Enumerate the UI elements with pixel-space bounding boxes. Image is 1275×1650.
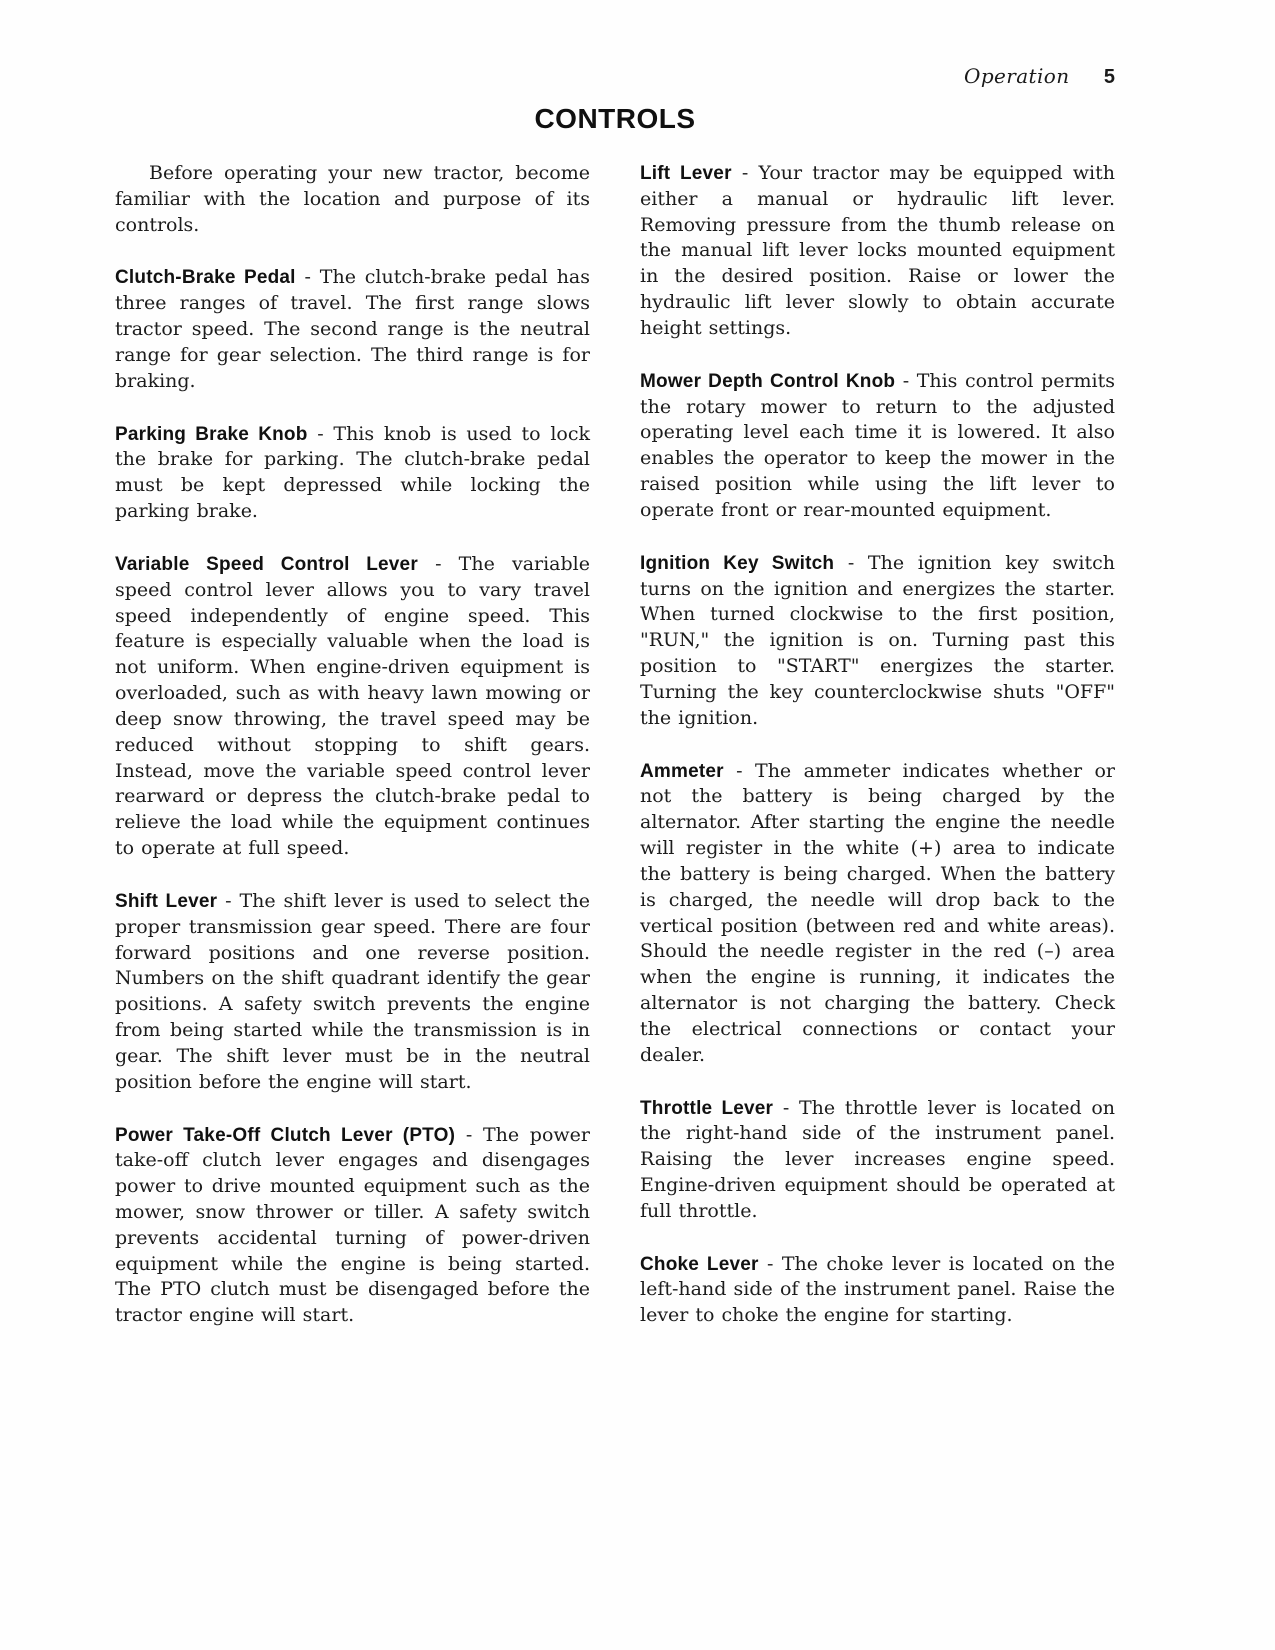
control-entry: Variable Speed Control Lever - The varia… xyxy=(115,552,590,862)
heading-separator: - xyxy=(773,1097,799,1119)
section-name: Operation xyxy=(964,64,1069,88)
entry-body: The variable speed control lever allows … xyxy=(115,553,590,859)
page-title: CONTROLS xyxy=(115,103,1115,135)
entry-heading: Ignition Key Switch xyxy=(640,553,834,574)
entry-body: The power take-off clutch lever engages … xyxy=(115,1124,590,1327)
heading-separator: - xyxy=(455,1124,483,1146)
heading-separator: - xyxy=(834,552,868,574)
entry-body: The ammeter indicates whether or not the… xyxy=(640,760,1115,1066)
entry-heading: Clutch-Brake Pedal xyxy=(115,267,296,288)
control-entry: Mower Depth Control Knob - This control … xyxy=(640,369,1115,524)
heading-separator: - xyxy=(759,1253,782,1275)
entry-body: This control permits the rotary mower to… xyxy=(640,370,1115,521)
entry-heading: Parking Brake Knob xyxy=(115,424,308,445)
control-entry: Clutch-Brake Pedal - The clutch-brake pe… xyxy=(115,265,590,394)
left-column: Before operating your new tractor, becom… xyxy=(115,161,590,1356)
page-number: 5 xyxy=(1104,66,1115,89)
intro-paragraph: Before operating your new tractor, becom… xyxy=(115,161,590,238)
entry-heading: Ammeter xyxy=(640,761,724,782)
entry-heading: Power Take-Off Clutch Lever (PTO) xyxy=(115,1125,455,1146)
entry-heading: Lift Lever xyxy=(640,163,732,184)
control-entry: Ammeter - The ammeter indicates whether … xyxy=(640,759,1115,1069)
control-entry: Choke Lever - The choke lever is located… xyxy=(640,1252,1115,1329)
control-entry: Shift Lever - The shift lever is used to… xyxy=(115,889,590,1096)
heading-separator: - xyxy=(296,266,320,288)
entry-heading: Shift Lever xyxy=(115,891,217,912)
heading-separator: - xyxy=(308,423,334,445)
entry-body: Your tractor may be equipped with either… xyxy=(640,162,1115,339)
entry-heading: Variable Speed Control Lever xyxy=(115,554,418,575)
heading-separator: - xyxy=(732,162,759,184)
manual-page: Operation 5 CONTROLS Before operating yo… xyxy=(0,0,1275,1650)
heading-separator: - xyxy=(217,890,239,912)
entry-body: The ignition key switch turns on the ign… xyxy=(640,552,1115,729)
heading-separator: - xyxy=(724,760,755,782)
control-entry: Throttle Lever - The throttle lever is l… xyxy=(640,1096,1115,1225)
entry-heading: Throttle Lever xyxy=(640,1098,773,1119)
control-entry: Parking Brake Knob - This knob is used t… xyxy=(115,422,590,525)
entry-heading: Choke Lever xyxy=(640,1254,759,1275)
entry-heading: Mower Depth Control Knob xyxy=(640,371,895,392)
control-entry: Lift Lever - Your tractor may be equippe… xyxy=(640,161,1115,342)
heading-separator: - xyxy=(895,370,916,392)
control-entry: Ignition Key Switch - The ignition key s… xyxy=(640,551,1115,732)
entry-body: The shift lever is used to select the pr… xyxy=(115,890,590,1093)
running-header: Operation 5 xyxy=(115,64,1115,89)
right-column: Lift Lever - Your tractor may be equippe… xyxy=(640,161,1115,1356)
heading-separator: - xyxy=(418,553,459,575)
control-entry: Power Take-Off Clutch Lever (PTO) - The … xyxy=(115,1123,590,1330)
content-columns: Before operating your new tractor, becom… xyxy=(115,161,1115,1356)
